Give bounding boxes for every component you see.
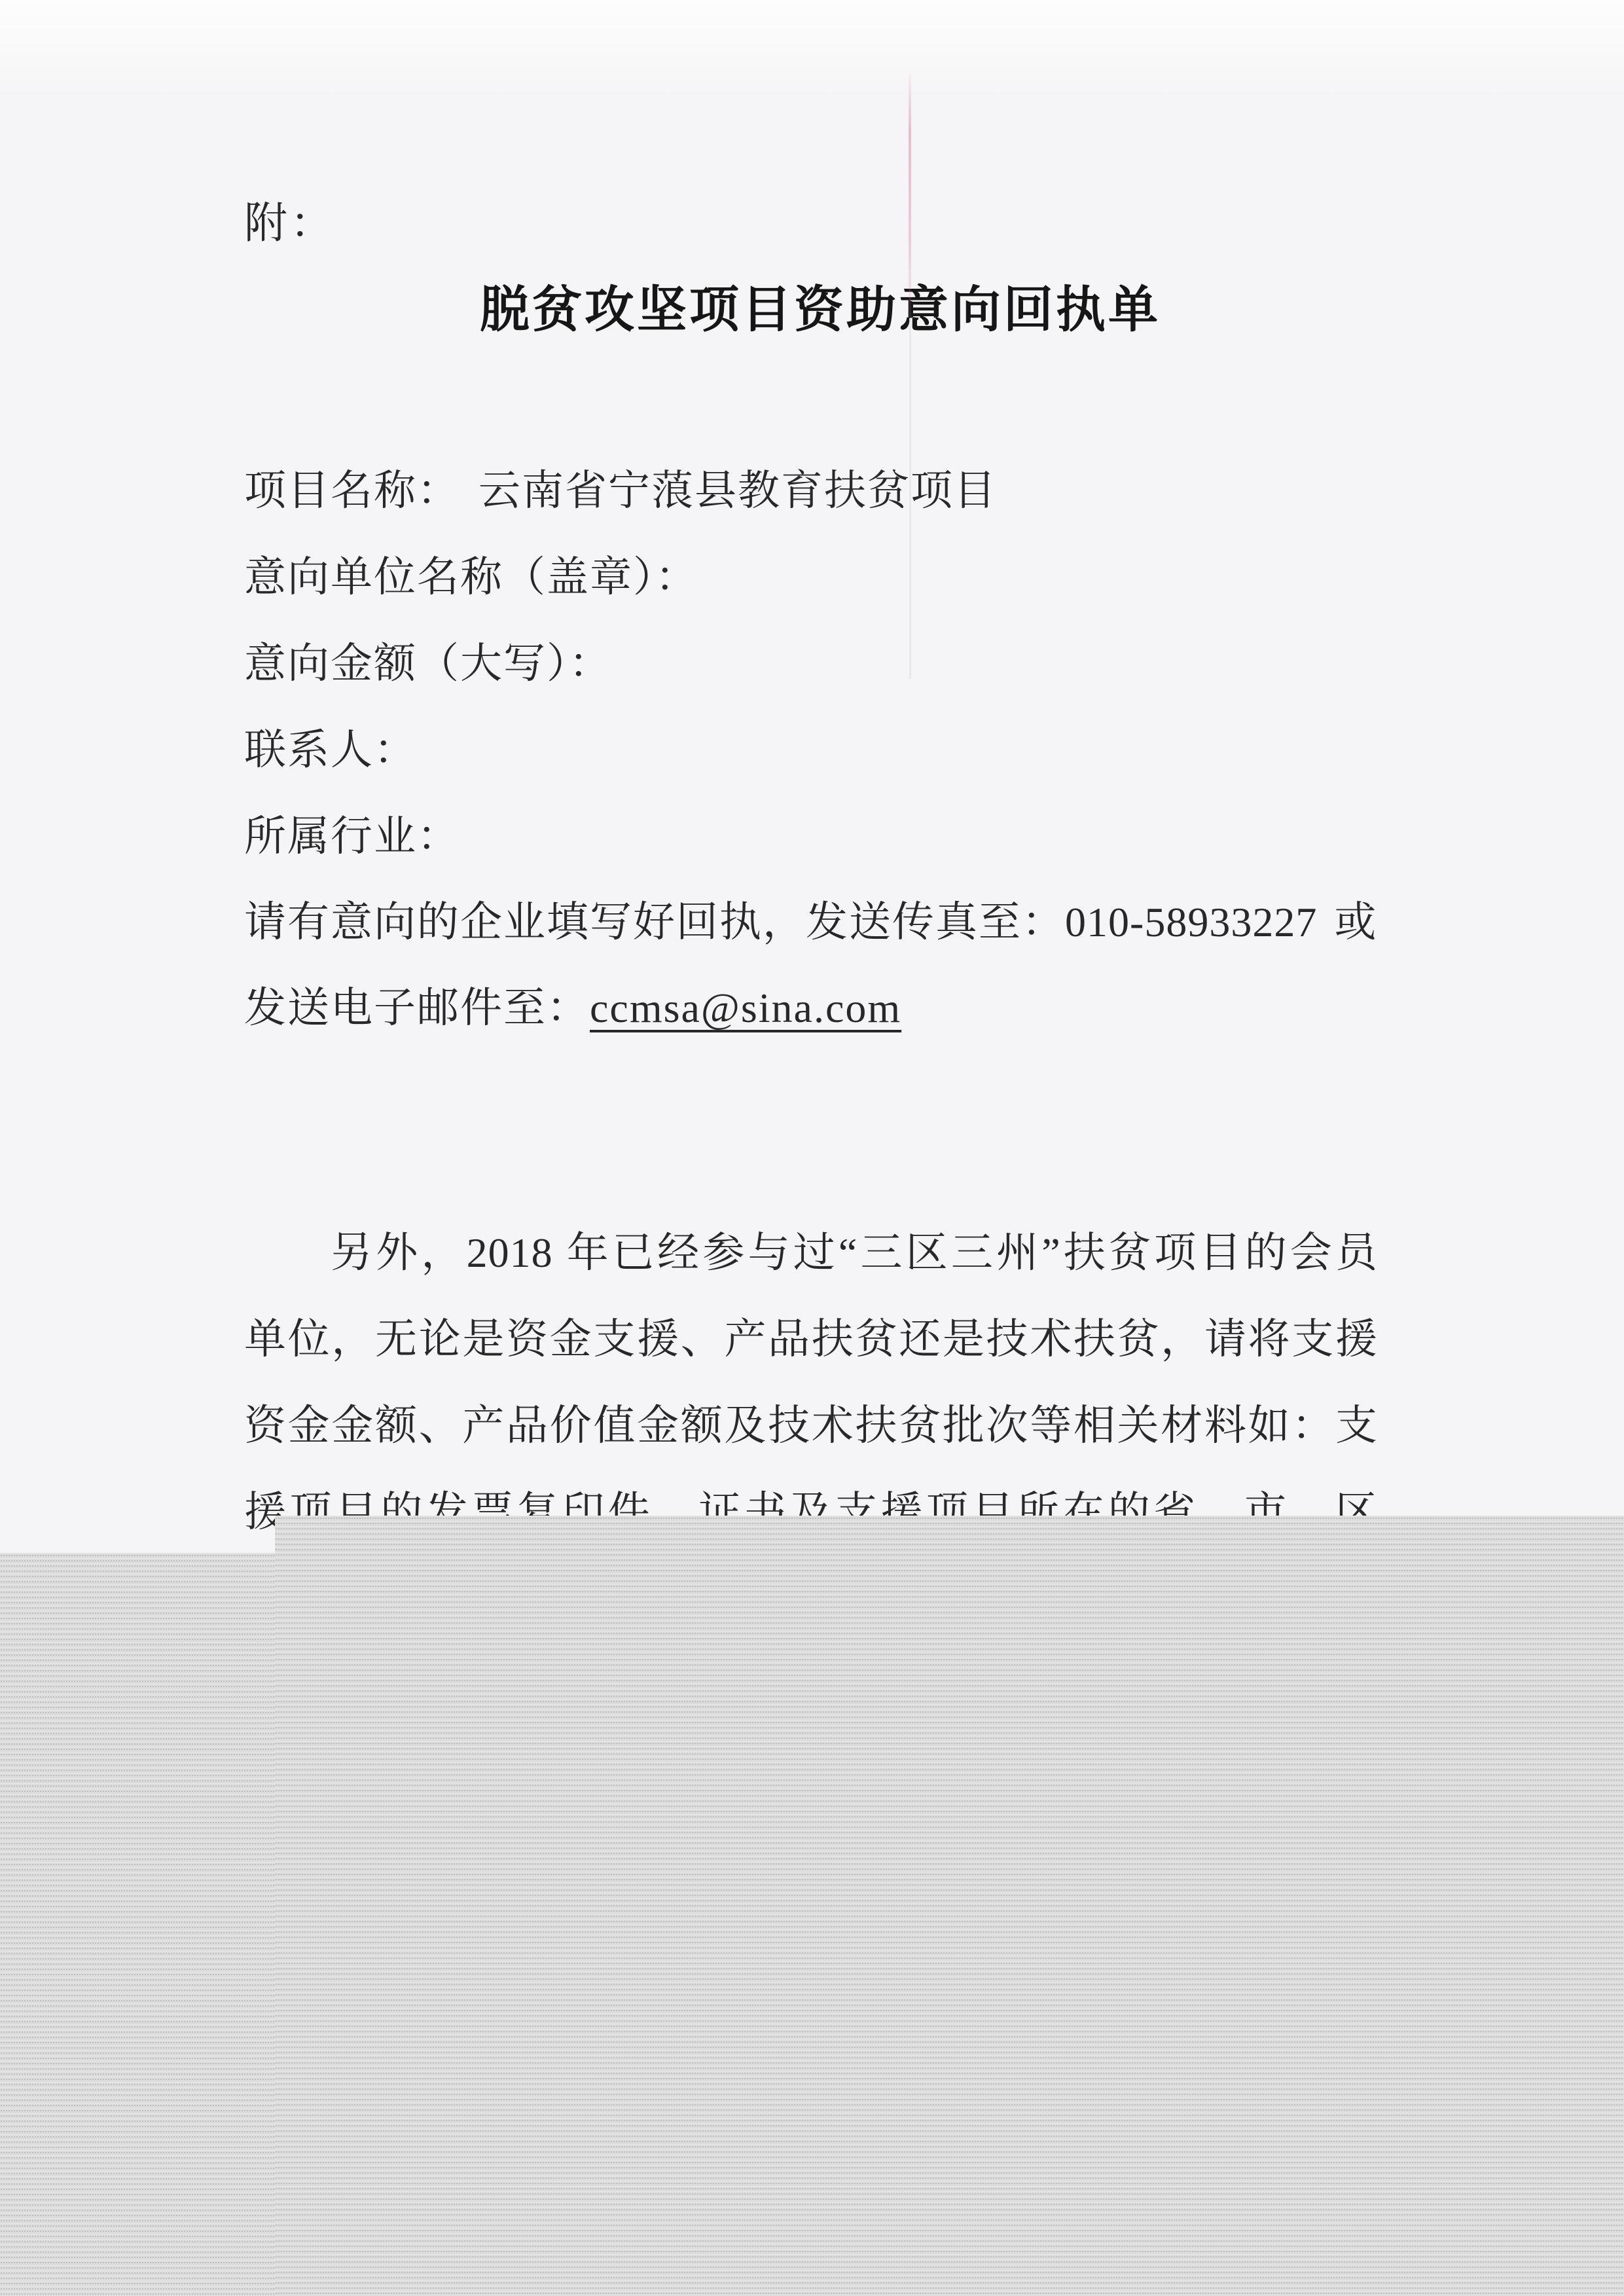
document-title: 脱贫攻坚项目资助意向回执单 [480,282,1161,340]
field-intent-amount: 意向金额（大写）： [244,639,630,689]
email-instruction-prefix: 发送电子邮件至： [244,985,590,1031]
field-industry: 所属行业： [244,812,478,862]
scan-artifact-pink-line [909,73,911,312]
paragraph-line-1: 另外，2018 年已经参与过“三区三州”扶贫项目的会员 [244,1228,1378,1278]
field-intent-unit-label: 意向单位名称（盖章）： [244,554,698,600]
scanner-blank-area-left [0,1553,276,2296]
fax-instruction-suffix: 或 [1334,899,1377,945]
fax-instruction-prefix: 请有意向的企业填写好回执，发送传真至： [244,899,1065,945]
field-intent-amount-label: 意向金额（大写）： [244,640,612,687]
scanned-document-page: 附： 脱贫攻坚项目资助意向回执单 项目名称：云南省宁蒗县教育扶贫项目 意向单位名… [0,0,1624,2296]
email-instruction-line: 发送电子邮件至：ccmsa@sina.com [244,983,901,1033]
attachment-label: 附： [244,198,336,249]
scan-artifact-faint-line [909,312,911,679]
fax-instruction-line: 请有意向的企业填写好回执，发送传真至：010-58933227或 [244,898,1377,947]
fax-number: 010-58933227 [1065,899,1317,945]
field-contact-person: 联系人： [244,725,435,775]
field-intent-unit: 意向单位名称（盖章）： [244,553,717,602]
field-project-name-label: 项目名称： [244,467,460,514]
scanner-blank-area [275,1516,1624,2296]
field-project-name: 项目名称：云南省宁蒗县教育扶贫项目 [244,466,997,516]
field-project-name-value: 云南省宁蒗县教育扶贫项目 [478,467,997,514]
field-industry-label: 所属行业： [244,813,460,860]
paragraph-line-2: 单位，无论是资金支援、产品扶贫还是技术扶贫，请将支援 [244,1315,1378,1364]
paragraph-line-3: 资金金额、产品价值金额及技术扶贫批次等相关材料如：支 [244,1401,1378,1451]
field-contact-person-label: 联系人： [244,727,417,773]
email-address: ccmsa@sina.com [590,985,901,1031]
